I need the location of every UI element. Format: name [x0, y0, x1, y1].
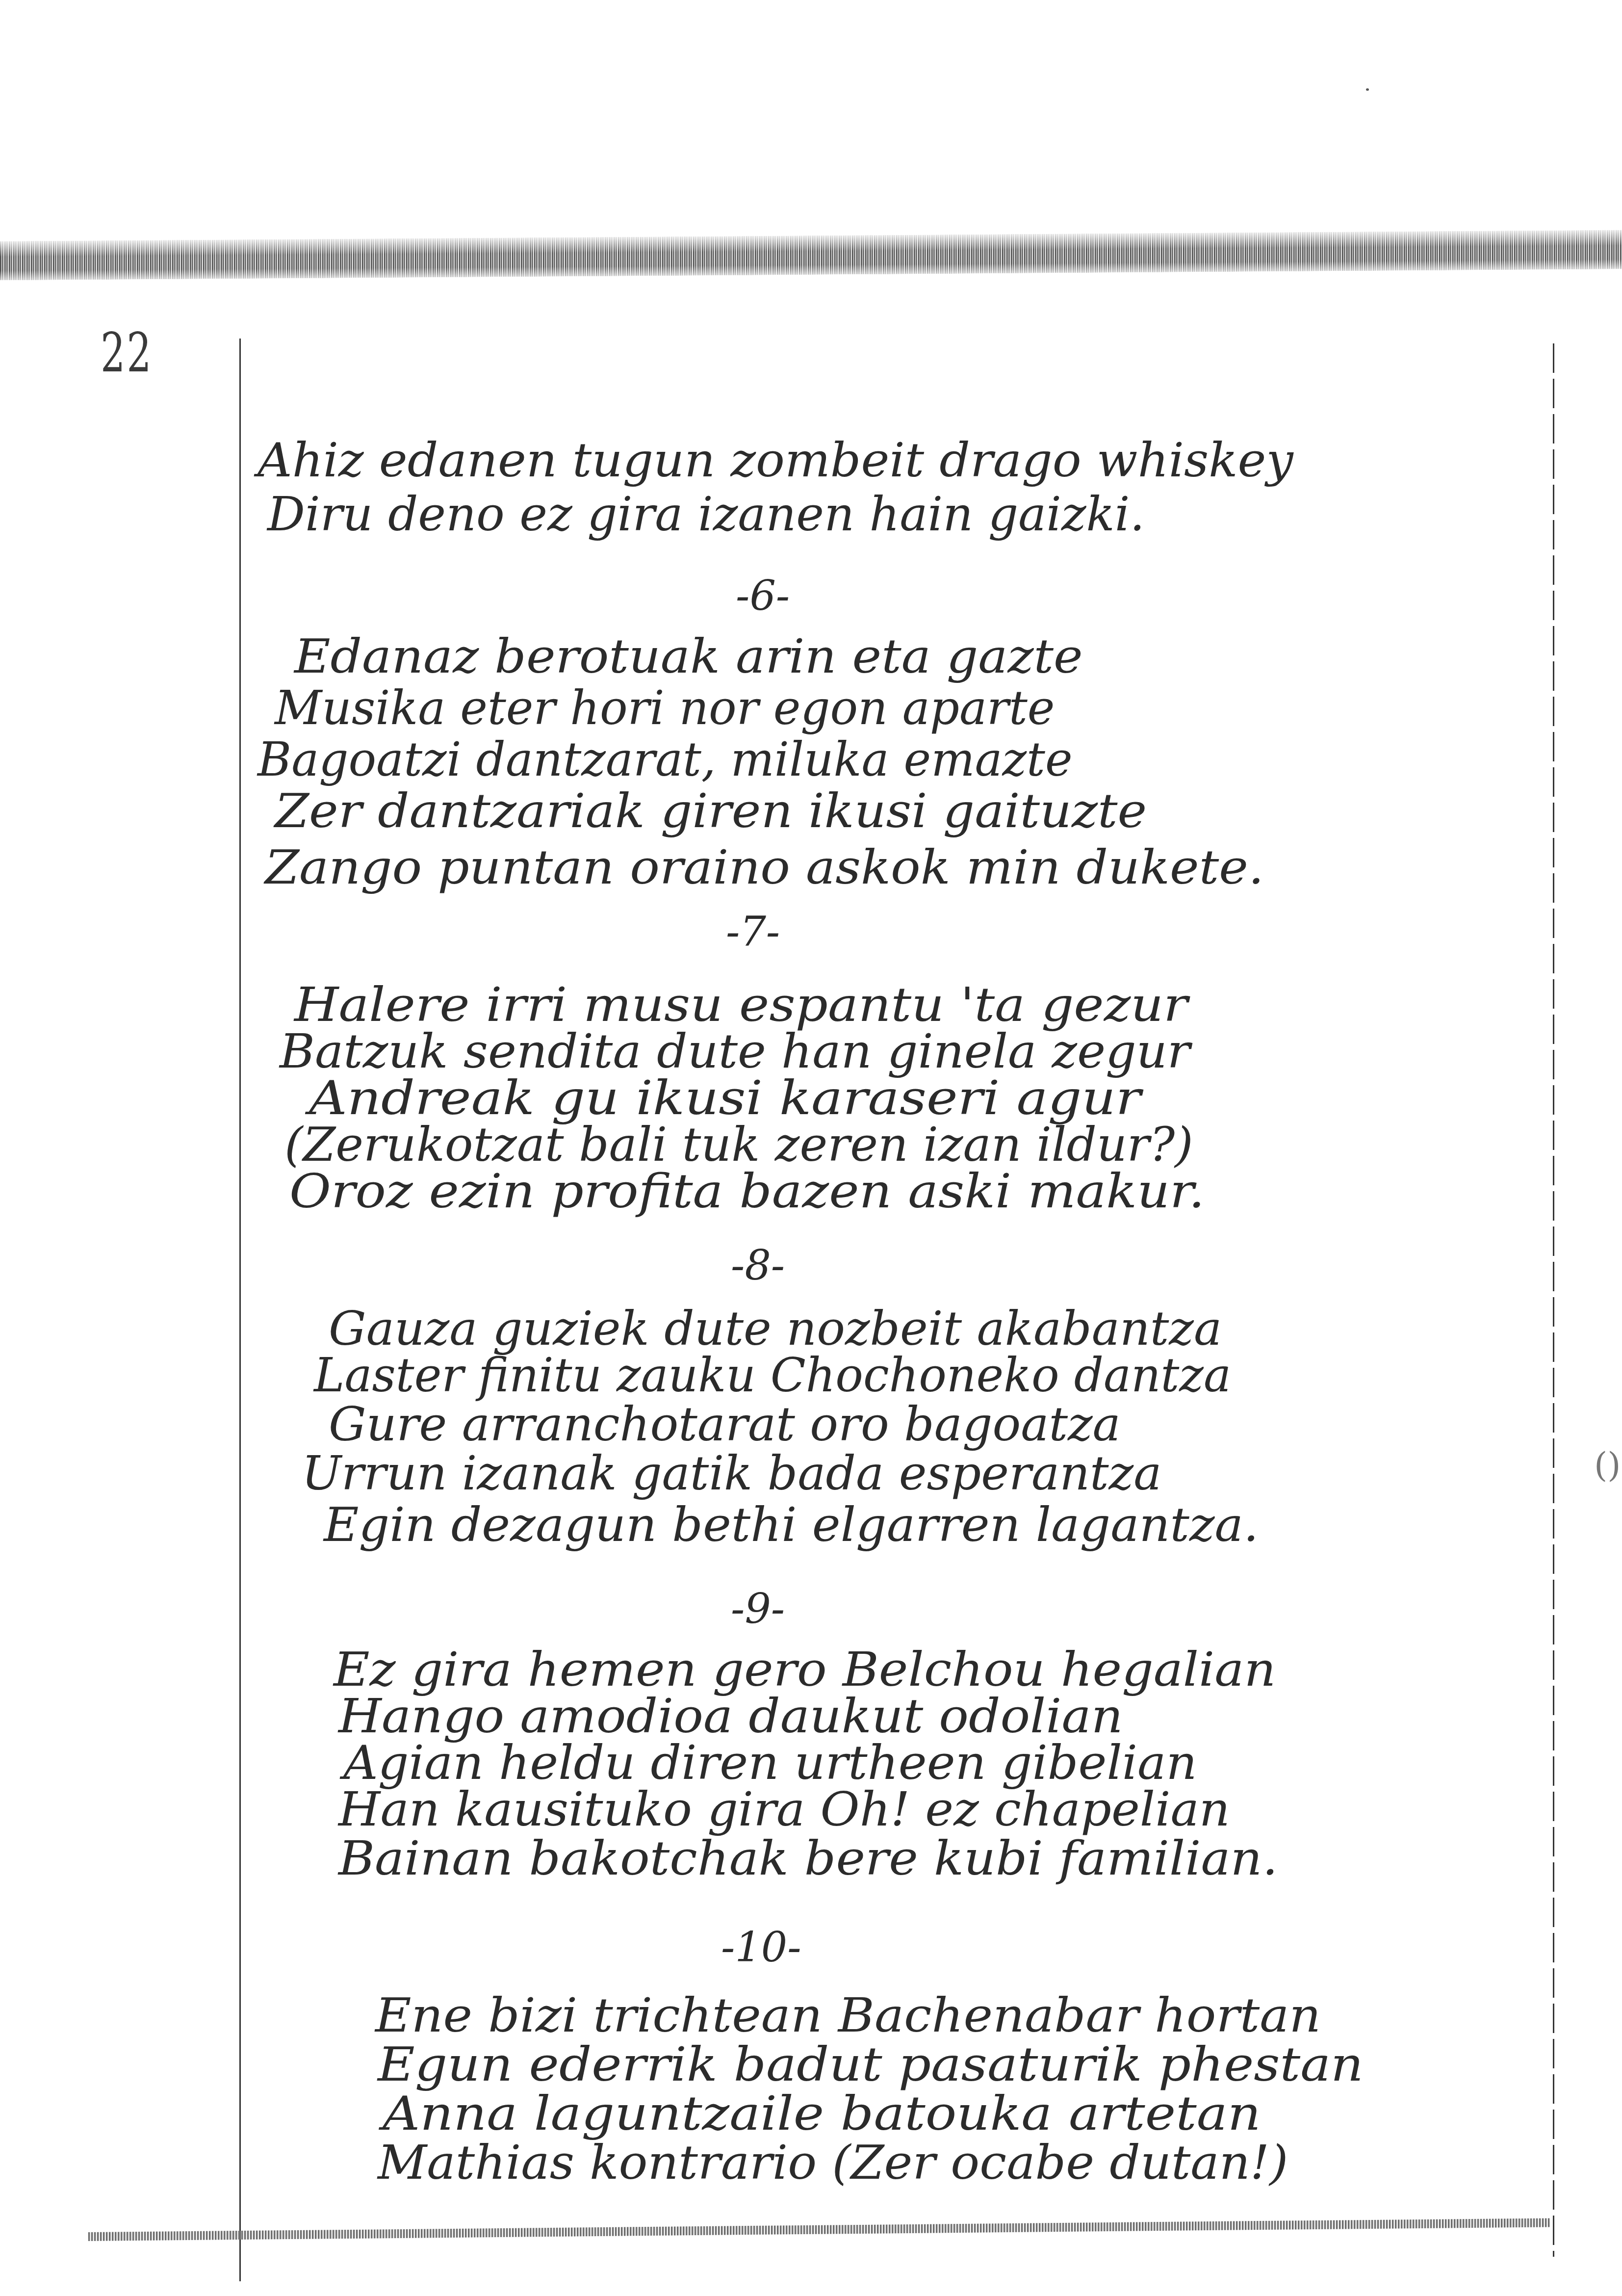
verse-number: -10- [721, 1923, 801, 1971]
left-margin-rule [239, 339, 241, 2281]
verse-number: -7- [726, 908, 780, 956]
verse-line: (Zerukotzat bali tuk zeren izan ildur?) [284, 1121, 1193, 1168]
verse-line: Musika eter hori nor egon aparte [275, 684, 1055, 731]
verse-line: Batzuk sendita dute han ginela zegur [280, 1028, 1190, 1075]
verse-line: Zango puntan oraino askok min dukete. [265, 844, 1264, 891]
verse-line: Agian heldu diren urtheen gibelian [343, 1739, 1197, 1786]
scan-edge-bottom [88, 2218, 1550, 2241]
verse-line: Gure arranchotarat oro bagoatza [329, 1401, 1121, 1448]
verse-line: Zer dantzariak giren ikusi gaituzte [275, 787, 1147, 835]
verse-line: Gauza guziek dute nozbeit akabantza [329, 1305, 1222, 1352]
verse-line: Egun ederrik badut pasaturik phestan [378, 2041, 1364, 2088]
verse-line: Ez gira hemen gero Belchou hegalian [334, 1646, 1276, 1693]
verse-line: Halere irri musu espantu 'ta gezur [294, 981, 1188, 1028]
scan-speck [1366, 88, 1369, 91]
verse-line: Diru deno ez gira izanen hain gaizki. [267, 491, 1145, 538]
right-margin-rule [1553, 343, 1554, 2257]
verse-number: -6- [736, 572, 790, 620]
verse-line: Ahiz edanen tugun zombeit drago whiskey [257, 437, 1293, 484]
verse-line: Mathias kontrario (Zer ocabe dutan!) [378, 2139, 1288, 2186]
verse-line: Hango amodioa daukut odolian [338, 1693, 1123, 1740]
verse-line: Bagoatzi dantzarat, miluka emazte [257, 736, 1073, 783]
scan-edge-top [0, 230, 1622, 280]
verse-line: Oroz ezin profita bazen aski makur. [289, 1168, 1205, 1215]
verse-line: Ene bizi trichtean Bachenabar hortan [375, 1992, 1321, 2039]
verse-line: Edanaz berotuak arin eta gazte [294, 633, 1083, 680]
margin-mark: () [1594, 1445, 1621, 1485]
verse-line: Andreak gu ikusi karaseri agur [309, 1074, 1141, 1122]
verse-line: Han kausituko gira Oh! ez chapelian [338, 1786, 1230, 1833]
verse-line: Laster finitu zauku Chochoneko dantza [314, 1352, 1231, 1399]
verse-line: Anna laguntzaile batouka artetan [383, 2090, 1261, 2137]
verse-line: Urrun izanak gatik bada esperantza [302, 1450, 1161, 1497]
verse-number: -8- [731, 1241, 785, 1289]
page-number: 22 [101, 321, 153, 384]
verse-number: -9- [731, 1585, 785, 1633]
verse-line: Egin dezagun bethi elgarren lagantza. [324, 1501, 1259, 1548]
verse-line: Bainan bakotchak bere kubi familian. [338, 1835, 1278, 1882]
